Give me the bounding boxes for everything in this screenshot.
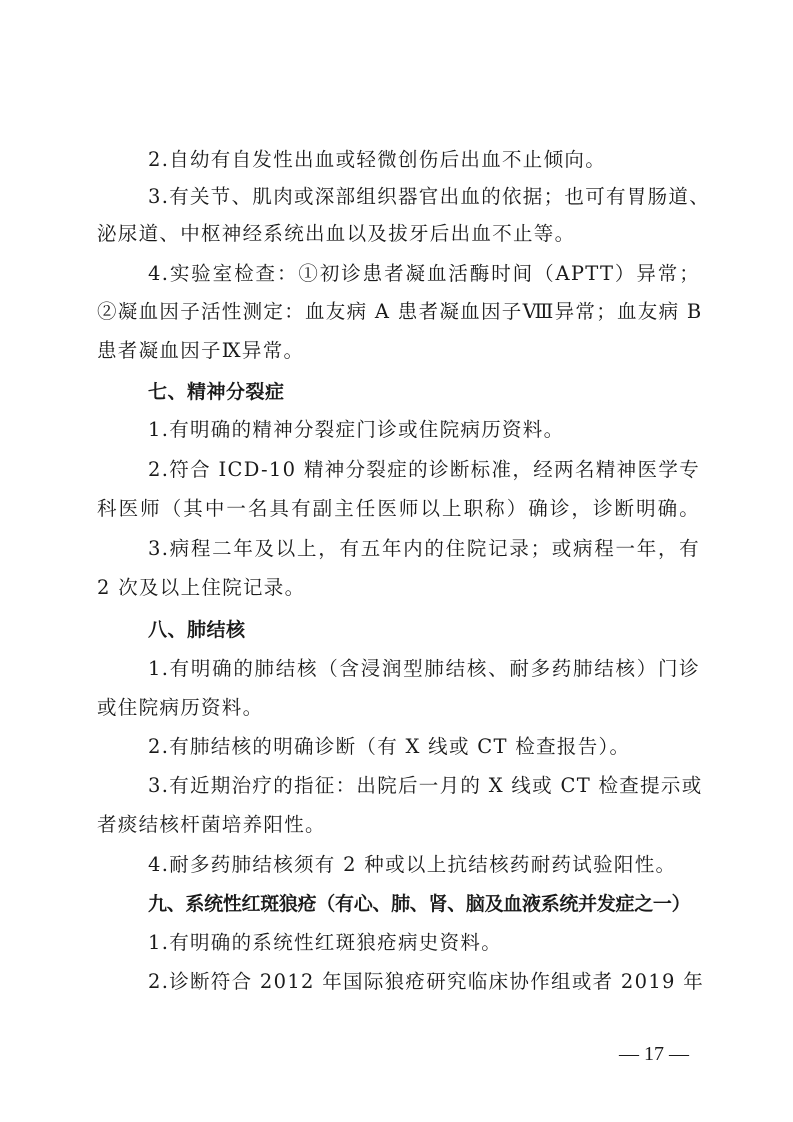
para-hemophilia-4-cont2: 患者凝血因子Ⅸ异常。 <box>97 339 700 363</box>
para-lupus-2: 2.诊断符合 2012 年国际狼疮研究临床协作组或者 2019 年 <box>148 970 700 994</box>
para-schizophrenia-2-cont: 科医师（其中一名具有副主任医师以上职称）确诊，诊断明确。 <box>97 497 700 521</box>
para-tuberculosis-2: 2.有肺结核的明确诊断（有 X 线或 CT 检查报告）。 <box>148 735 700 759</box>
para-lupus-1: 1.有明确的系统性红斑狼疮病史资料。 <box>148 931 700 955</box>
para-schizophrenia-1: 1.有明确的精神分裂症门诊或住院病历资料。 <box>148 418 700 442</box>
para-tuberculosis-3-cont: 者痰结核杆菌培养阳性。 <box>97 813 700 837</box>
section-heading-lupus: 九、系统性红斑狼疮（有心、肺、肾、脑及血液系统并发症之一） <box>148 892 700 916</box>
section-heading-schizophrenia: 七、精神分裂症 <box>148 380 700 404</box>
page-number: — 17 — <box>619 1043 689 1066</box>
para-hemophilia-2: 2.自幼有自发性出血或轻微创伤后出血不止倾向。 <box>148 148 700 172</box>
para-hemophilia-3: 3.有关节、肌肉或深部组织器官出血的依据；也可有胃肠道、 <box>148 185 700 209</box>
para-hemophilia-4-cont: ②凝血因子活性测定：血友病 A 患者凝血因子Ⅷ异常；血友病 B <box>97 300 700 324</box>
para-hemophilia-3-cont: 泌尿道、中枢神经系统出血以及拔牙后出血不止等。 <box>97 222 700 246</box>
para-tuberculosis-4: 4.耐多药肺结核须有 2 种或以上抗结核药耐药试验阳性。 <box>148 853 700 877</box>
para-schizophrenia-3-cont: 2 次及以上住院记录。 <box>97 576 700 600</box>
para-hemophilia-4: 4.实验室检查：①初诊患者凝血活酶时间（APTT）异常； <box>148 262 700 286</box>
para-schizophrenia-3: 3.病程二年及以上，有五年内的住院记录；或病程一年，有 <box>148 537 700 561</box>
para-tuberculosis-1-cont: 或住院病历资料。 <box>97 696 700 720</box>
para-tuberculosis-3: 3.有近期治疗的指征：出院后一月的 X 线或 CT 检查提示或 <box>148 774 700 798</box>
para-tuberculosis-1: 1.有明确的肺结核（含浸润型肺结核、耐多药肺结核）门诊 <box>148 657 700 681</box>
para-schizophrenia-2: 2.符合 ICD-10 精神分裂症的诊断标准，经两名精神医学专 <box>148 458 700 482</box>
section-heading-tuberculosis: 八、肺结核 <box>148 618 700 642</box>
